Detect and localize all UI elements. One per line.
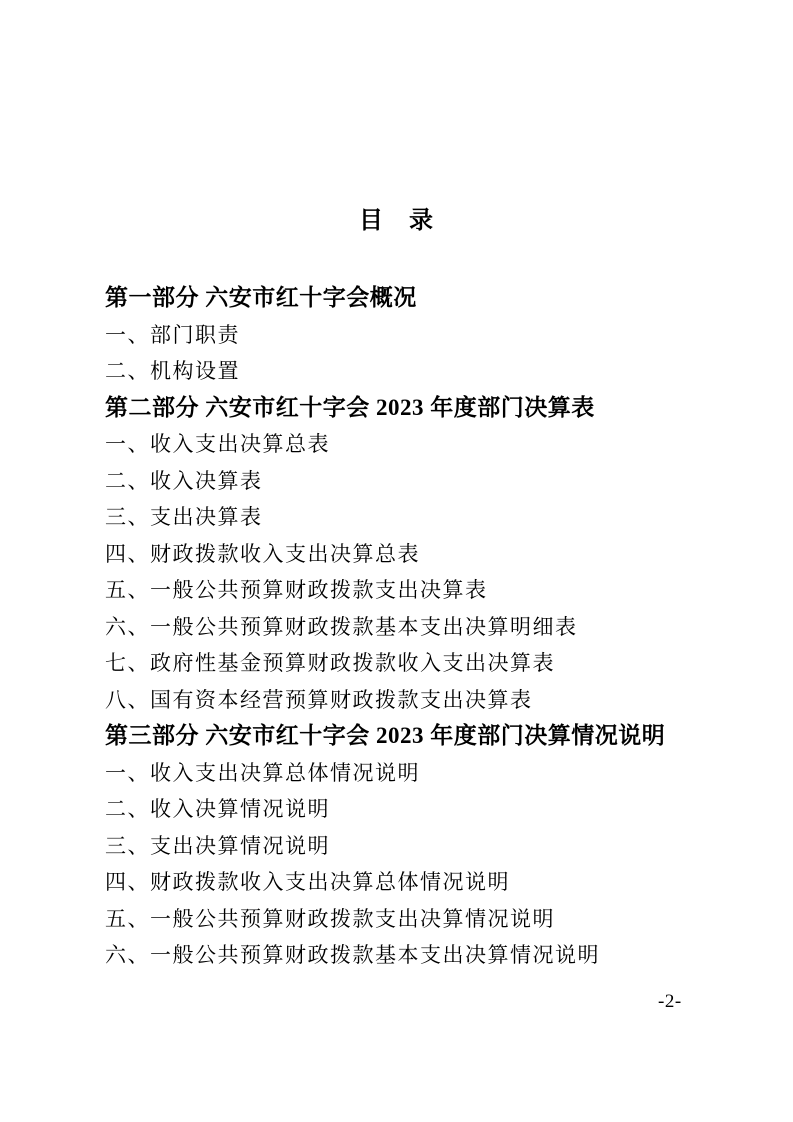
toc-entry: 六、一般公共预算财政拨款基本支出决算情况说明	[105, 937, 745, 974]
toc-entry: 二、机构设置	[105, 353, 745, 390]
toc-entry: 三、支出决算表	[105, 499, 745, 536]
toc-entry: 八、国有资本经营预算财政拨款支出决算表	[105, 682, 745, 719]
document-page: 目 录 第一部分 六安市红十字会概况 一、部门职责 二、机构设置 第二部分 六安…	[0, 0, 793, 1122]
toc-entry: 五、一般公共预算财政拨款支出决算表	[105, 572, 745, 609]
toc-entry: 一、收入支出决算总表	[105, 426, 745, 463]
toc-entry: 五、一般公共预算财政拨款支出决算情况说明	[105, 901, 745, 938]
toc-entry: 二、收入决算情况说明	[105, 791, 745, 828]
page-title: 目 录	[0, 206, 793, 236]
table-of-contents: 第一部分 六安市红十字会概况 一、部门职责 二、机构设置 第二部分 六安市红十字…	[105, 280, 745, 974]
toc-entry: 二、收入决算表	[105, 463, 745, 500]
toc-section-part3: 第三部分 六安市红十字会 2023 年度部门决算情况说明	[105, 718, 745, 755]
toc-entry: 四、财政拨款收入支出决算总表	[105, 536, 745, 573]
toc-entry: 四、财政拨款收入支出决算总体情况说明	[105, 864, 745, 901]
toc-section-part1: 第一部分 六安市红十字会概况	[105, 280, 745, 317]
toc-entry: 一、部门职责	[105, 317, 745, 354]
toc-entry: 一、收入支出决算总体情况说明	[105, 755, 745, 792]
toc-section-part2: 第二部分 六安市红十字会 2023 年度部门决算表	[105, 390, 745, 427]
toc-entry: 三、支出决算情况说明	[105, 828, 745, 865]
page-number: -2-	[658, 991, 682, 1013]
toc-entry: 七、政府性基金预算财政拨款收入支出决算表	[105, 645, 745, 682]
toc-entry: 六、一般公共预算财政拨款基本支出决算明细表	[105, 609, 745, 646]
